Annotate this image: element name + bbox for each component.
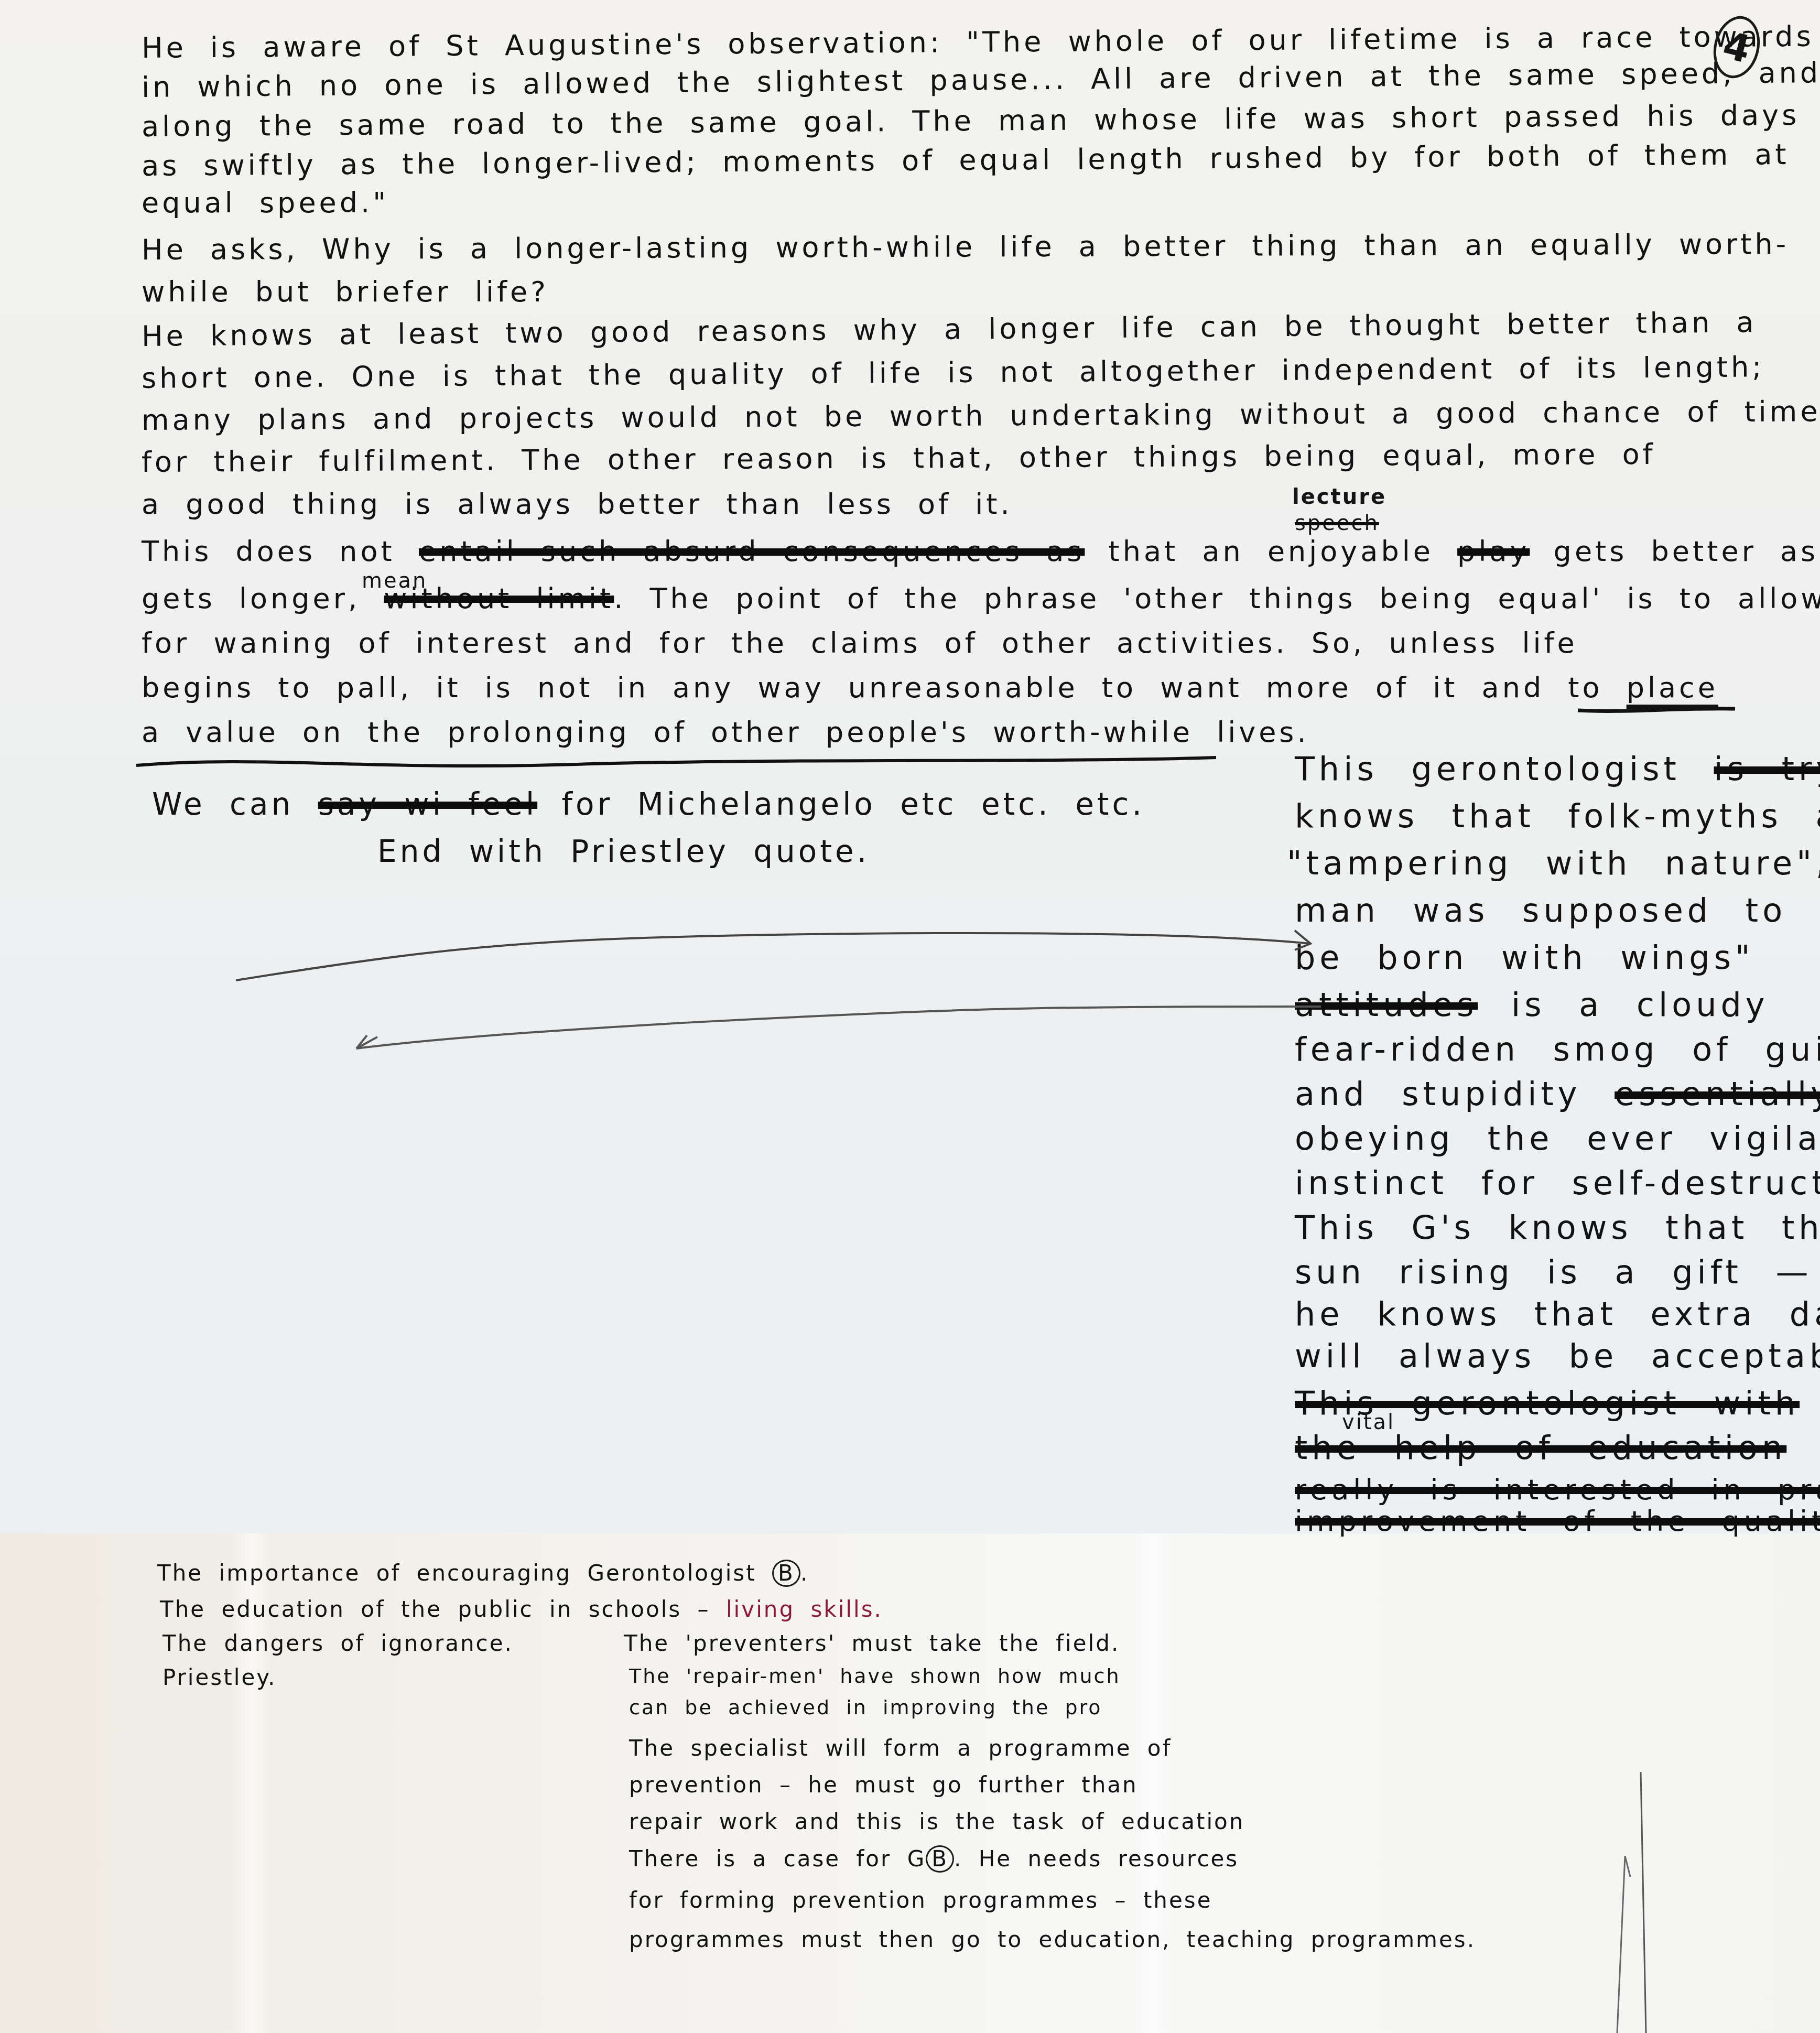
note-line: The education of the public in schools –… xyxy=(160,1596,883,1622)
side-line: sun rising is a gift — xyxy=(1295,1253,1812,1291)
red-ink-note: living skills. xyxy=(726,1596,883,1622)
note-line: End with Priestley quote. xyxy=(377,834,870,869)
text-line: begins to pall, it is not in any way unr… xyxy=(142,671,1718,704)
side-line: he knows that extra days xyxy=(1295,1295,1820,1333)
side-line: fear-ridden smog of guilt xyxy=(1295,1030,1820,1068)
note-line: The specialist will form a programme of xyxy=(629,1735,1172,1761)
side-line: and stupidity essentially xyxy=(1295,1075,1820,1113)
inserted-word: lecture xyxy=(1292,485,1386,509)
text-line: He asks, Why is a longer-lasting worth-w… xyxy=(142,228,1789,266)
side-line: knows that folk-myths about xyxy=(1295,797,1820,835)
side-line: "tampering with nature", "if xyxy=(1287,844,1820,882)
side-line: This gerontologist is trying xyxy=(1295,750,1820,788)
paper-fold xyxy=(1132,1531,1174,2033)
side-line: This G's knows that the xyxy=(1295,1208,1820,1247)
side-line: obeying the ever vigilant xyxy=(1295,1119,1820,1158)
note-line: Priestley. xyxy=(162,1664,276,1690)
struck-side-line: improvement of the quality of l xyxy=(1295,1505,1820,1538)
struck-word: play xyxy=(1457,535,1530,568)
note-line: for forming prevention programmes – thes… xyxy=(629,1887,1212,1913)
circled-label: B xyxy=(926,1845,954,1873)
text-line: a good thing is always better than less … xyxy=(142,488,1013,521)
side-line: man was supposed to fly he'd xyxy=(1295,891,1820,929)
note-line: programmes must then go to education, te… xyxy=(629,1927,1476,1952)
circled-label: B xyxy=(772,1560,800,1587)
underlined-word: place xyxy=(1627,671,1718,704)
note-line: The dangers of ignorance. xyxy=(162,1630,513,1656)
side-line: will always be acceptable. xyxy=(1295,1337,1820,1375)
inserted-word: vital xyxy=(1342,1410,1395,1434)
side-line: be born with wings" xyxy=(1295,938,1754,977)
inserted-word: mean xyxy=(362,569,427,593)
note-line: repair work and this is the task of educ… xyxy=(629,1809,1244,1834)
struck-text: entail such absurd consequences as xyxy=(419,535,1085,568)
note-line: The 'preventers' must take the field. xyxy=(624,1630,1120,1656)
text-line: a value on the prolonging of other peopl… xyxy=(142,716,1309,749)
struck-text: say wi feel xyxy=(318,786,537,822)
note-line: prevention – he must go further than xyxy=(629,1772,1138,1798)
side-line: instinct for self-destruction. xyxy=(1295,1164,1820,1202)
text-line: equal speed." xyxy=(142,186,389,219)
note-line: We can say wi feel for Michelangelo etc … xyxy=(152,786,1145,822)
text-line: while but briefer life? xyxy=(142,275,549,308)
note-line: can be achieved in improving the pro xyxy=(629,1696,1102,1719)
note-line: The importance of encouraging Gerontolog… xyxy=(157,1560,809,1587)
struck-side-line: really is interested in practical xyxy=(1295,1473,1820,1506)
text-line: for waning of interest and for the claim… xyxy=(142,626,1578,659)
struck-insert: speech xyxy=(1295,511,1379,535)
note-line: The 'repair-men' have shown how much xyxy=(629,1664,1121,1688)
side-line: attitudes is a cloudy xyxy=(1295,986,1769,1024)
revision-line: This does not entail such absurd consequ… xyxy=(142,535,1820,568)
note-line: There is a case for GB. He needs resourc… xyxy=(629,1845,1239,1873)
